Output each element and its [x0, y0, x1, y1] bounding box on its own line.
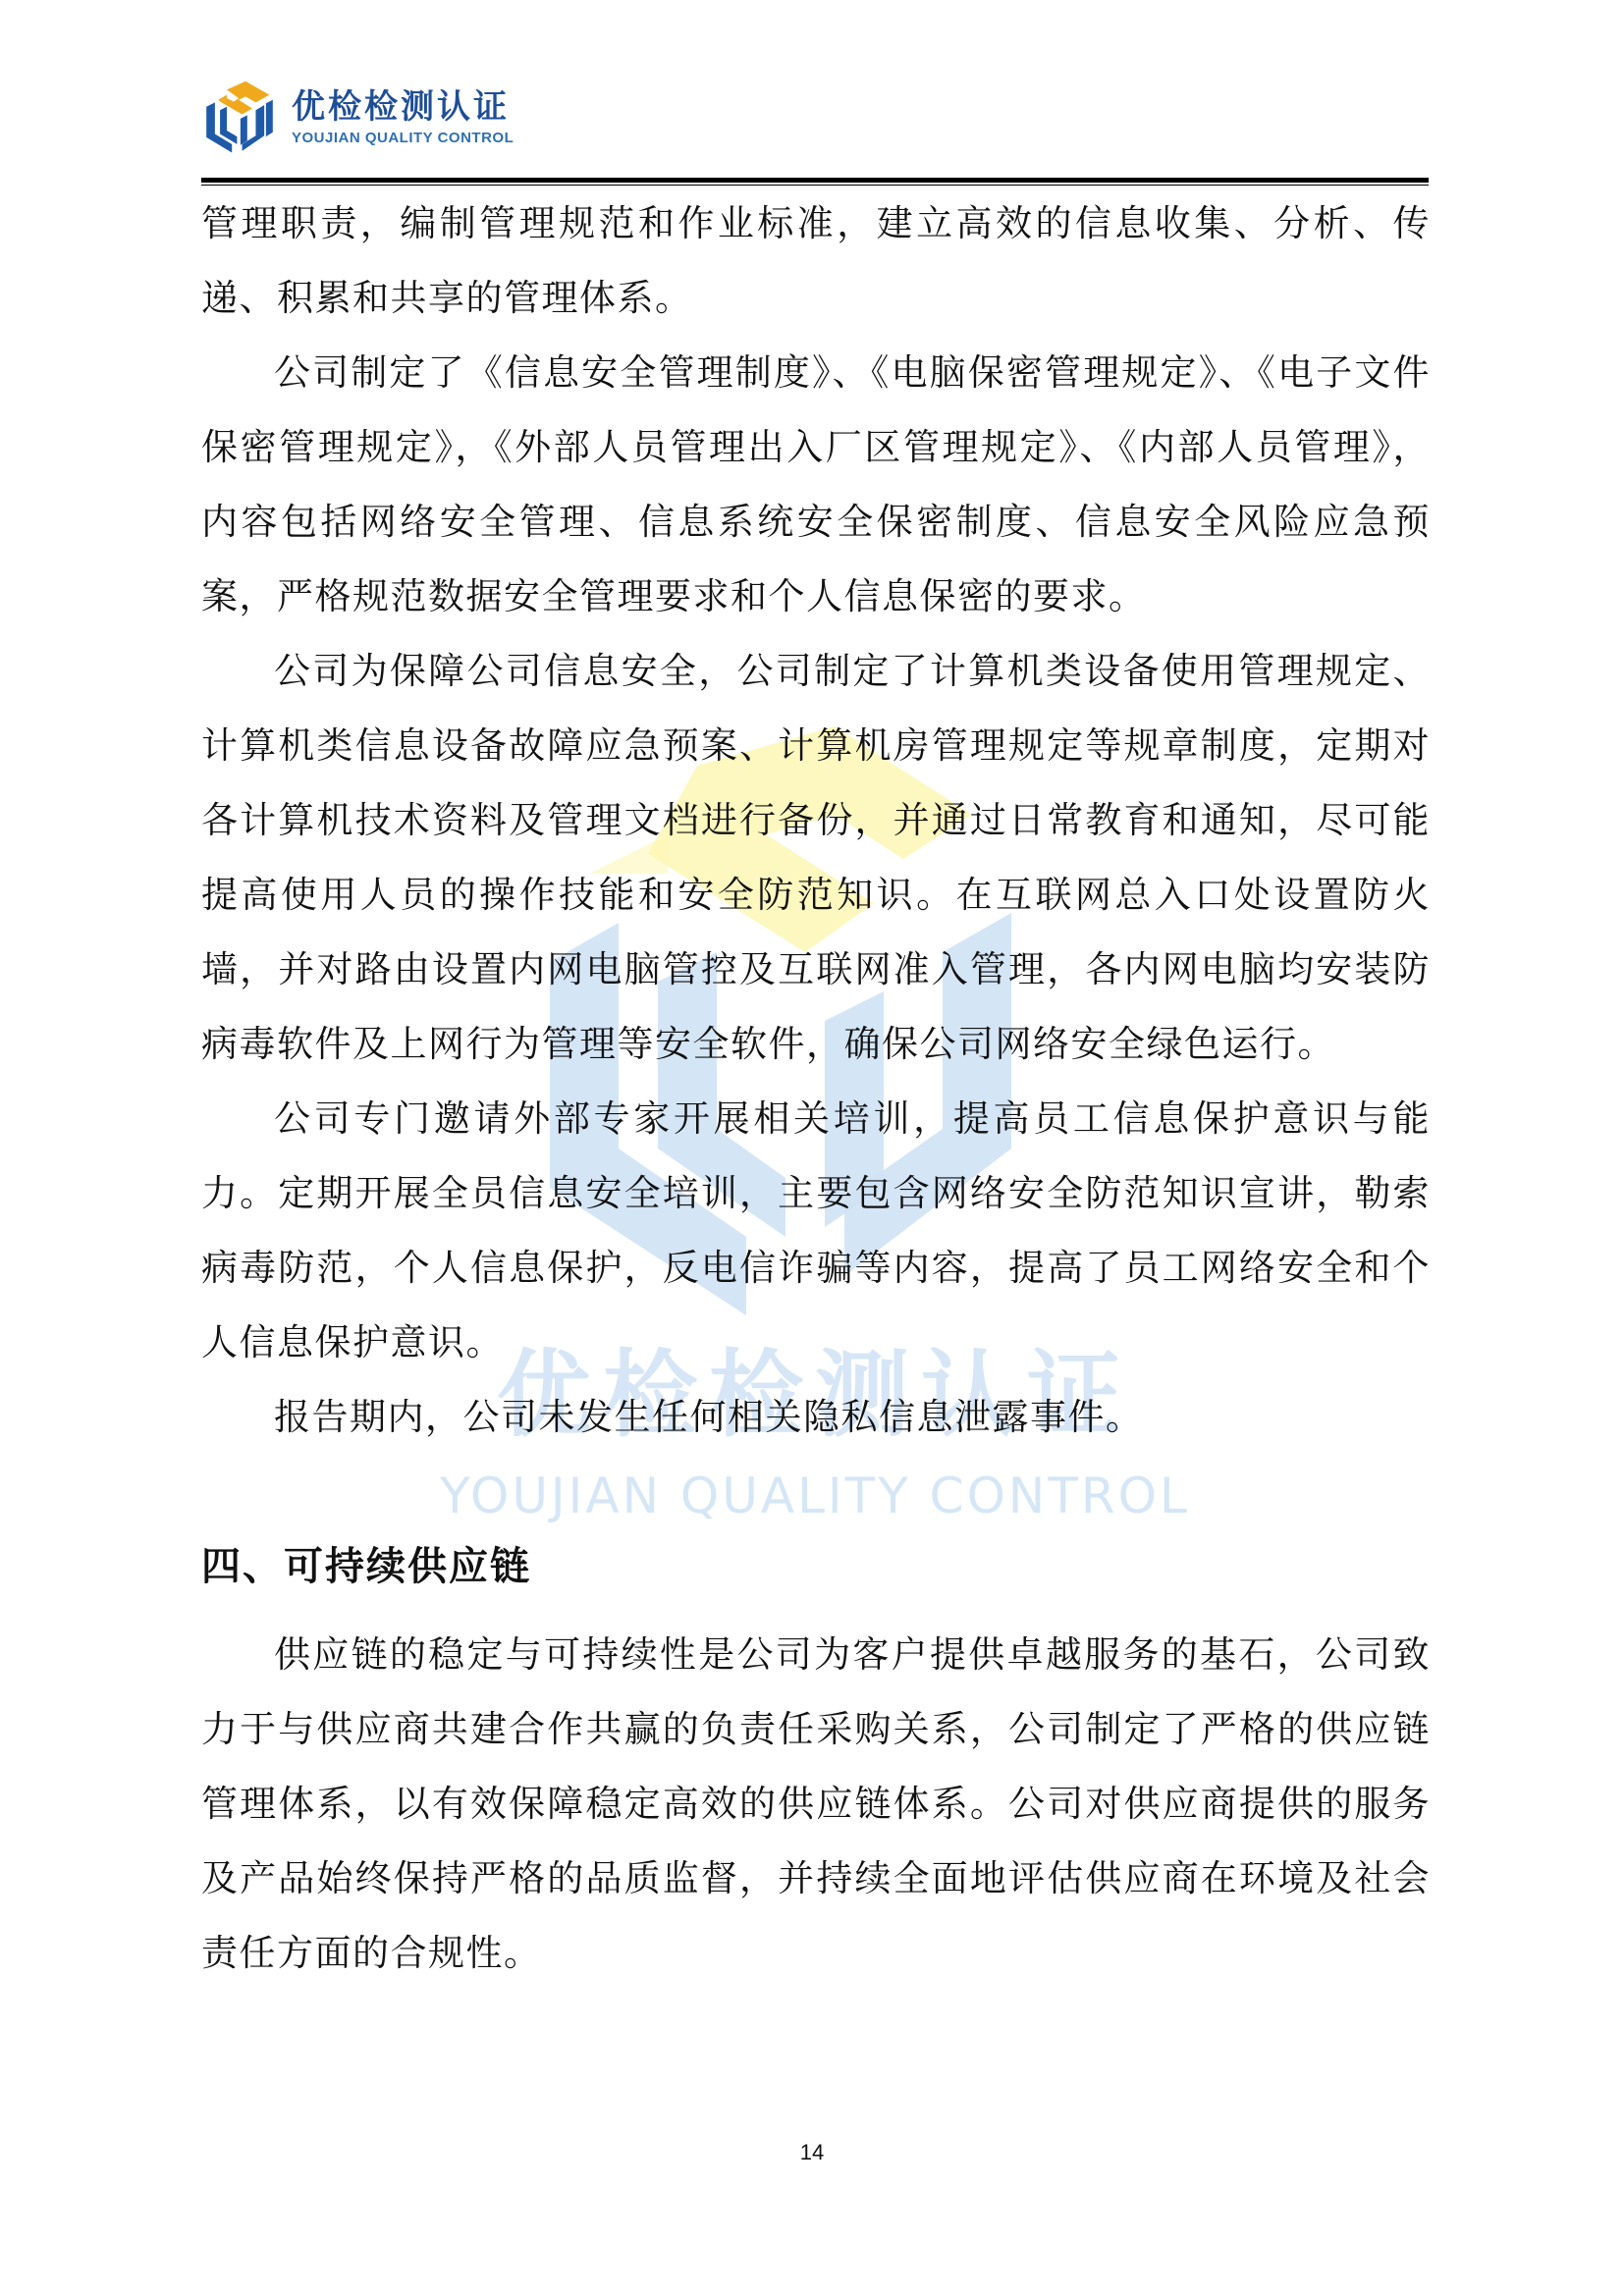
cube-logo-icon — [201, 80, 278, 156]
paragraph-no-incidents: 报告期内，公司未发生任何相关隐私信息泄露事件。 — [201, 1380, 1431, 1455]
paragraph-policies: 公司制定了《信息安全管理制度》、《电脑保密管理规定》、《电子文件保密管理规定》，… — [201, 336, 1431, 634]
page-content: 管理职责，编制管理规范和作业标准，建立高效的信息收集、分析、传递、积累和共享的管… — [201, 187, 1431, 1991]
paragraph-training: 公司专门邀请外部专家开展相关培训，提高员工信息保护意识与能力。定期开展全员信息安… — [201, 1082, 1431, 1380]
spacer — [201, 1604, 1431, 1618]
paragraph-supply-chain: 供应链的稳定与可持续性是公司为客户提供卓越服务的基石，公司致力于与供应商共建合作… — [201, 1618, 1431, 1991]
header-divider-thick — [201, 178, 1429, 183]
section-heading: 四、可持续供应链 — [201, 1529, 1431, 1604]
paragraph-continued: 管理职责，编制管理规范和作业标准，建立高效的信息收集、分析、传递、积累和共享的管… — [201, 187, 1431, 336]
spacer — [201, 1455, 1431, 1529]
brand-name-cn: 优检检测认证 — [292, 87, 514, 127]
brand-block: 优检检测认证 YOUJIAN QUALITY CONTROL — [292, 87, 514, 148]
header-divider-thin — [201, 185, 1429, 186]
document-page: 优检检测认证 YOUJIAN QUALITY CONTROL 优检检测认证 YO… — [0, 0, 1624, 2296]
brand-name-en: YOUJIAN QUALITY CONTROL — [292, 129, 514, 148]
page-number: 14 — [0, 2140, 1624, 2165]
paragraph-it-security: 公司为保障公司信息安全，公司制定了计算机类设备使用管理规定、计算机类信息设备故障… — [201, 634, 1431, 1082]
page-header: 优检检测认证 YOUJIAN QUALITY CONTROL — [201, 69, 514, 167]
